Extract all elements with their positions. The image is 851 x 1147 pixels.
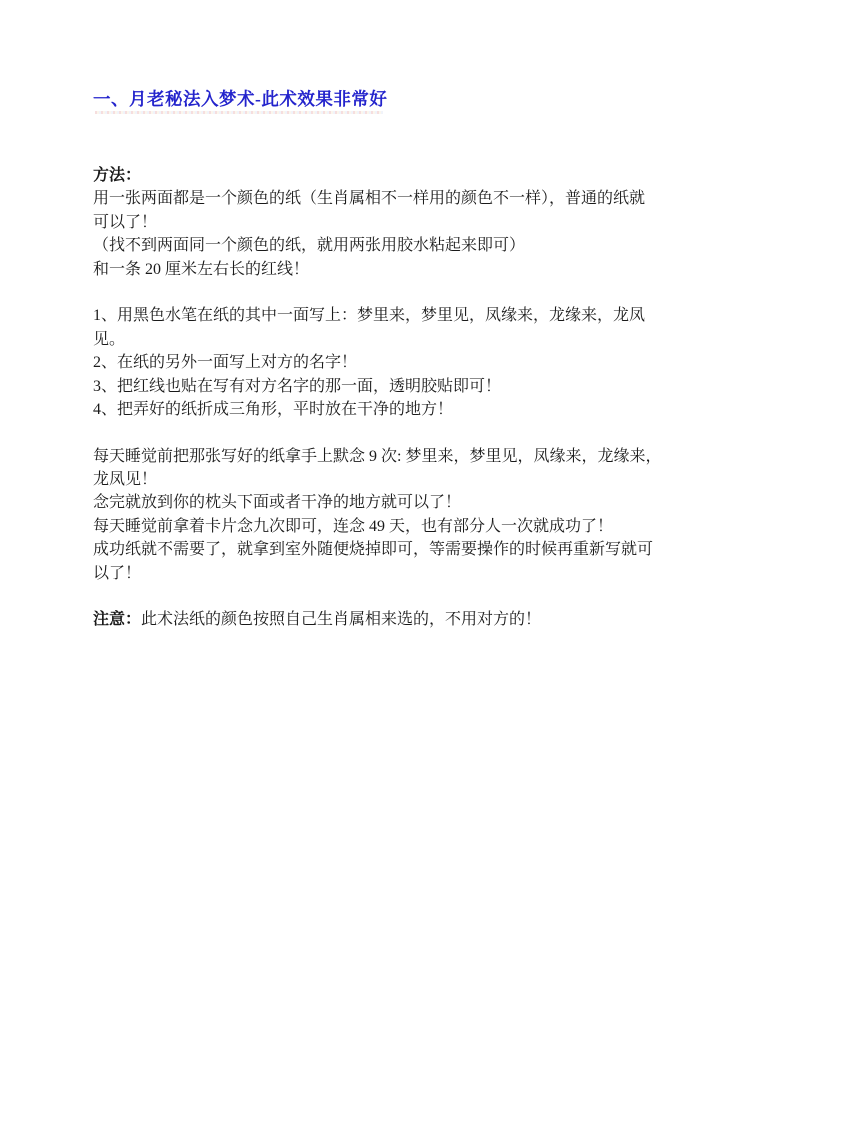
text-line: 每天睡觉前拿着卡片念九次即可，连念 49 天，也有部分人一次就成功了！ bbox=[93, 515, 765, 538]
blank-line bbox=[93, 421, 765, 444]
method-label: 方法： bbox=[93, 164, 765, 187]
blank-line bbox=[93, 281, 765, 304]
text-line: 成功纸就不需要了，就拿到室外随便烧掉即可，等需要操作的时候再重新写就可 bbox=[93, 538, 765, 561]
document-content: 一、月老秘法入梦术-此术效果非常好 方法： 用一张两面都是一个颜色的纸（生肖属相… bbox=[93, 88, 765, 632]
method-section: 方法： 用一张两面都是一个颜色的纸（生肖属相不一样用的颜色不一样），普通的纸就 … bbox=[93, 164, 765, 281]
text-line: 龙凤见！ bbox=[93, 468, 765, 491]
note-label: 注意： bbox=[93, 611, 141, 628]
text-line: 可以了！ bbox=[93, 211, 765, 234]
spellcheck-squiggle-underline bbox=[95, 111, 383, 114]
heading-wrap: 一、月老秘法入梦术-此术效果非常好 bbox=[93, 88, 387, 111]
page-title: 一、月老秘法入梦术-此术效果非常好 bbox=[93, 88, 387, 111]
text-line: （找不到两面同一个颜色的纸，就用两张用胶水粘起来即可） bbox=[93, 234, 765, 257]
note-line: 注意：此术法纸的颜色按照自己生肖属相来选的，不用对方的！ bbox=[93, 608, 765, 631]
text-line: 4、把弄好的纸折成三角形，平时放在干净的地方！ bbox=[93, 398, 765, 421]
text-line: 1、用黑色水笔在纸的其中一面写上：梦里来，梦里见，凤缘来，龙缘来，龙凤 bbox=[93, 304, 765, 327]
document-page: 一、月老秘法入梦术-此术效果非常好 方法： 用一张两面都是一个颜色的纸（生肖属相… bbox=[0, 0, 851, 1147]
text-line: 每天睡觉前把那张写好的纸拿手上默念 9 次: 梦里来，梦里见，凤缘来，龙缘来， bbox=[93, 445, 765, 468]
note-text: 此术法纸的颜色按照自己生肖属相来选的，不用对方的！ bbox=[141, 611, 541, 628]
usage-section: 每天睡觉前把那张写好的纸拿手上默念 9 次: 梦里来，梦里见，凤缘来，龙缘来， … bbox=[93, 445, 765, 585]
text-line: 念完就放到你的枕头下面或者干净的地方就可以了！ bbox=[93, 491, 765, 514]
text-line: 3、把红线也贴在写有对方名字的那一面，透明胶贴即可！ bbox=[93, 375, 765, 398]
text-line: 和一条 20 厘米左右长的红线！ bbox=[93, 258, 765, 281]
text-line: 用一张两面都是一个颜色的纸（生肖属相不一样用的颜色不一样），普通的纸就 bbox=[93, 187, 765, 210]
document-body: 方法： 用一张两面都是一个颜色的纸（生肖属相不一样用的颜色不一样），普通的纸就 … bbox=[93, 164, 765, 632]
text-line: 以了！ bbox=[93, 562, 765, 585]
blank-line bbox=[93, 585, 765, 608]
text-line: 2、在纸的另外一面写上对方的名字！ bbox=[93, 351, 765, 374]
steps-section: 1、用黑色水笔在纸的其中一面写上：梦里来，梦里见，凤缘来，龙缘来，龙凤 见。 2… bbox=[93, 304, 765, 421]
text-line: 见。 bbox=[93, 328, 765, 351]
